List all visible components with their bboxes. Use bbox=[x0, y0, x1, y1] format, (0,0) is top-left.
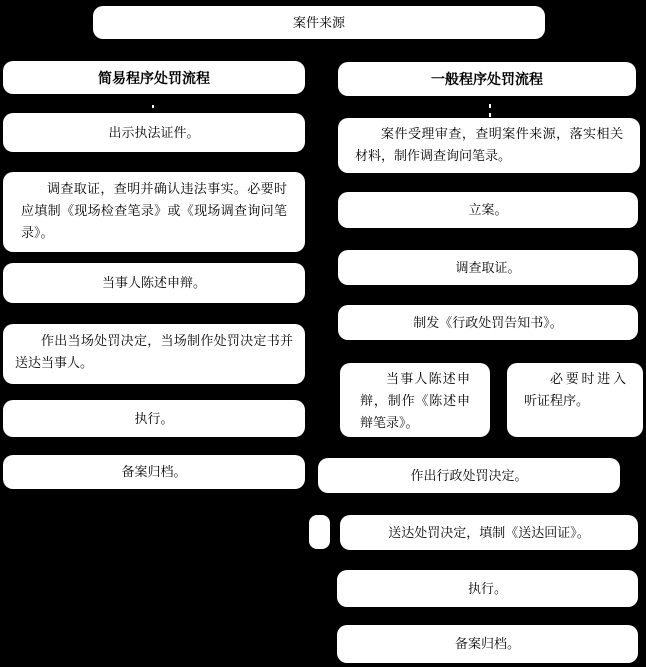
right-step-case-acceptance-review: 案件受理审查，查明案件来源，落实相关材料，制作调查询问笔录。 bbox=[338, 118, 640, 173]
right-step-archive: 备案归档。 bbox=[337, 625, 638, 663]
shape-fragment bbox=[309, 515, 330, 549]
left-step-investigate-evidence: 调查取证，查明并确认违法事实。必要时应填制《现场检查笔录》或《现场调查询问笔录》… bbox=[3, 172, 305, 252]
right-step-investigate-evidence: 调查取证。 bbox=[338, 250, 638, 285]
title-box-case-source: 案件来源 bbox=[93, 6, 545, 39]
right-step-hearing-procedure: 必要时进入听证程序。 bbox=[507, 363, 643, 437]
connector-stub bbox=[489, 113, 491, 117]
left-column-header: 简易程序处罚流程 bbox=[3, 61, 305, 94]
left-step-party-statement: 当事人陈述申辩。 bbox=[3, 263, 305, 303]
connector-stub bbox=[152, 105, 154, 108]
connector-stub bbox=[489, 104, 491, 108]
left-step-archive: 备案归档。 bbox=[3, 455, 305, 489]
right-column-header: 一般程序处罚流程 bbox=[338, 62, 636, 96]
left-step-show-credentials: 出示执法证件。 bbox=[3, 113, 305, 152]
right-step-deliver-decision: 送达处罚决定，填制《送达回证》。 bbox=[340, 515, 638, 550]
left-step-execute: 执行。 bbox=[3, 400, 305, 437]
right-step-execute: 执行。 bbox=[337, 570, 638, 607]
left-step-onsite-decision: 作出当场处罚决定，当场制作处罚决定书并送达当事人。 bbox=[3, 324, 305, 384]
right-step-issue-penalty-notice: 制发《行政处罚告知书》。 bbox=[338, 305, 638, 340]
right-step-file-case: 立案。 bbox=[338, 192, 638, 228]
right-step-make-penalty-decision: 作出行政处罚决定。 bbox=[318, 458, 620, 493]
right-step-party-statement-record: 当事人陈述申辩，制作《陈述申辩笔录》。 bbox=[340, 363, 490, 437]
